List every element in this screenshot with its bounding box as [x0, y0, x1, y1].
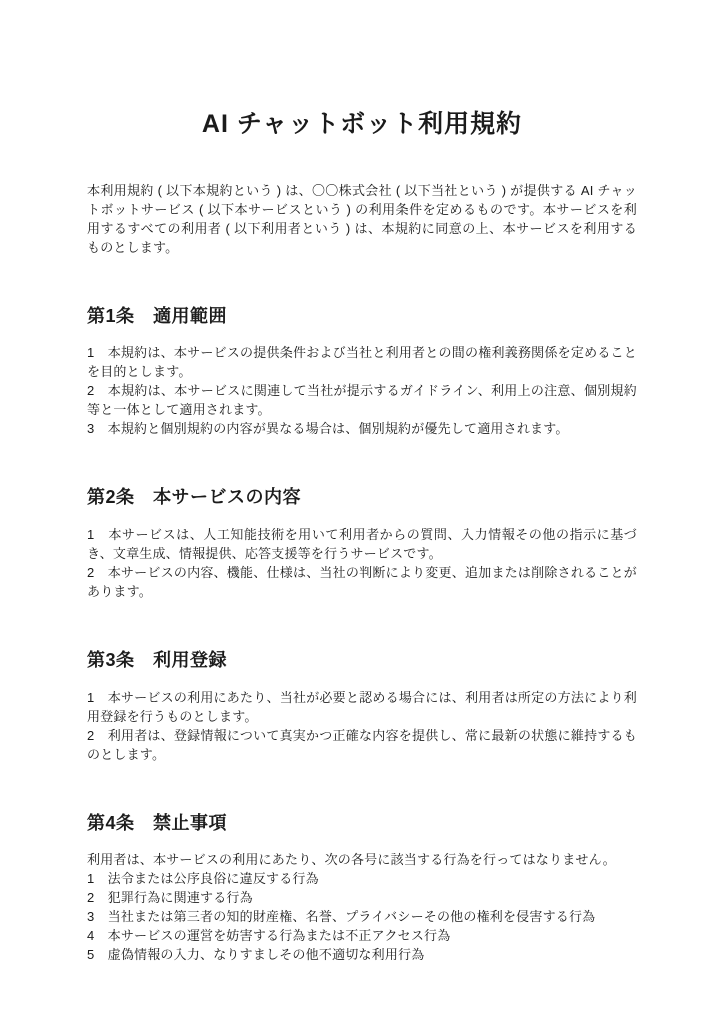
article-3: 第3条 利用登録 1 本サービスの利用にあたり、当社が必要と認める場合には、利用…: [87, 650, 637, 764]
document-title: AI チャットボット利用規約: [87, 110, 637, 139]
intro-paragraph: 本利用規約 ( 以下本規約という ) は、〇〇株式会社 ( 以下当社という ) …: [87, 181, 637, 257]
article-1: 第1条 適用範囲 1 本規約は、本サービスの提供条件および当社と利用者との間の権…: [87, 306, 637, 439]
article-4-heading: 第4条 禁止事項: [87, 813, 637, 835]
article-1-clause-3: 3 本規約と個別規約の内容が異なる場合は、個別規約が優先して適用されます。: [87, 419, 637, 438]
article-4-item-4: 4 本サービスの運営を妨害する行為または不正アクセス行為: [87, 926, 637, 945]
article-2-heading: 第2条 本サービスの内容: [87, 487, 637, 509]
article-2-clause-1: 1 本サービスは、人工知能技術を用いて利用者からの質問、入力情報その他の指示に基…: [87, 525, 637, 563]
article-3-heading: 第3条 利用登録: [87, 650, 637, 672]
article-3-clause-2: 2 利用者は、登録情報について真実かつ正確な内容を提供し、常に最新の状態に維持す…: [87, 726, 637, 764]
article-1-clause-2: 2 本規約は、本サービスに関連して当社が提示するガイドライン、利用上の注意、個別…: [87, 381, 637, 419]
article-1-heading: 第1条 適用範囲: [87, 306, 637, 328]
article-4-item-1: 1 法令または公序良俗に違反する行為: [87, 869, 637, 888]
article-4-item-3: 3 当社または第三者の知的財産権、名誉、プライバシーその他の権利を侵害する行為: [87, 907, 637, 926]
article-4-item-5: 5 虚偽情報の入力、なりすましその他不適切な利用行為: [87, 945, 637, 964]
document-page: AI チャットボット利用規約 本利用規約 ( 以下本規約という ) は、〇〇株式…: [0, 0, 724, 1024]
article-4: 第4条 禁止事項 利用者は、本サービスの利用にあたり、次の各号に該当する行為を行…: [87, 813, 637, 965]
article-1-clause-1: 1 本規約は、本サービスの提供条件および当社と利用者との間の権利義務関係を定める…: [87, 343, 637, 381]
article-2-clause-2: 2 本サービスの内容、機能、仕様は、当社の判断により変更、追加または削除されるこ…: [87, 563, 637, 601]
article-3-clause-1: 1 本サービスの利用にあたり、当社が必要と認める場合には、利用者は所定の方法によ…: [87, 688, 637, 726]
article-2: 第2条 本サービスの内容 1 本サービスは、人工知能技術を用いて利用者からの質問…: [87, 487, 637, 601]
article-4-item-2: 2 犯罪行為に関連する行為: [87, 888, 637, 907]
article-4-lead: 利用者は、本サービスの利用にあたり、次の各号に該当する行為を行ってはなりません。: [87, 850, 637, 869]
